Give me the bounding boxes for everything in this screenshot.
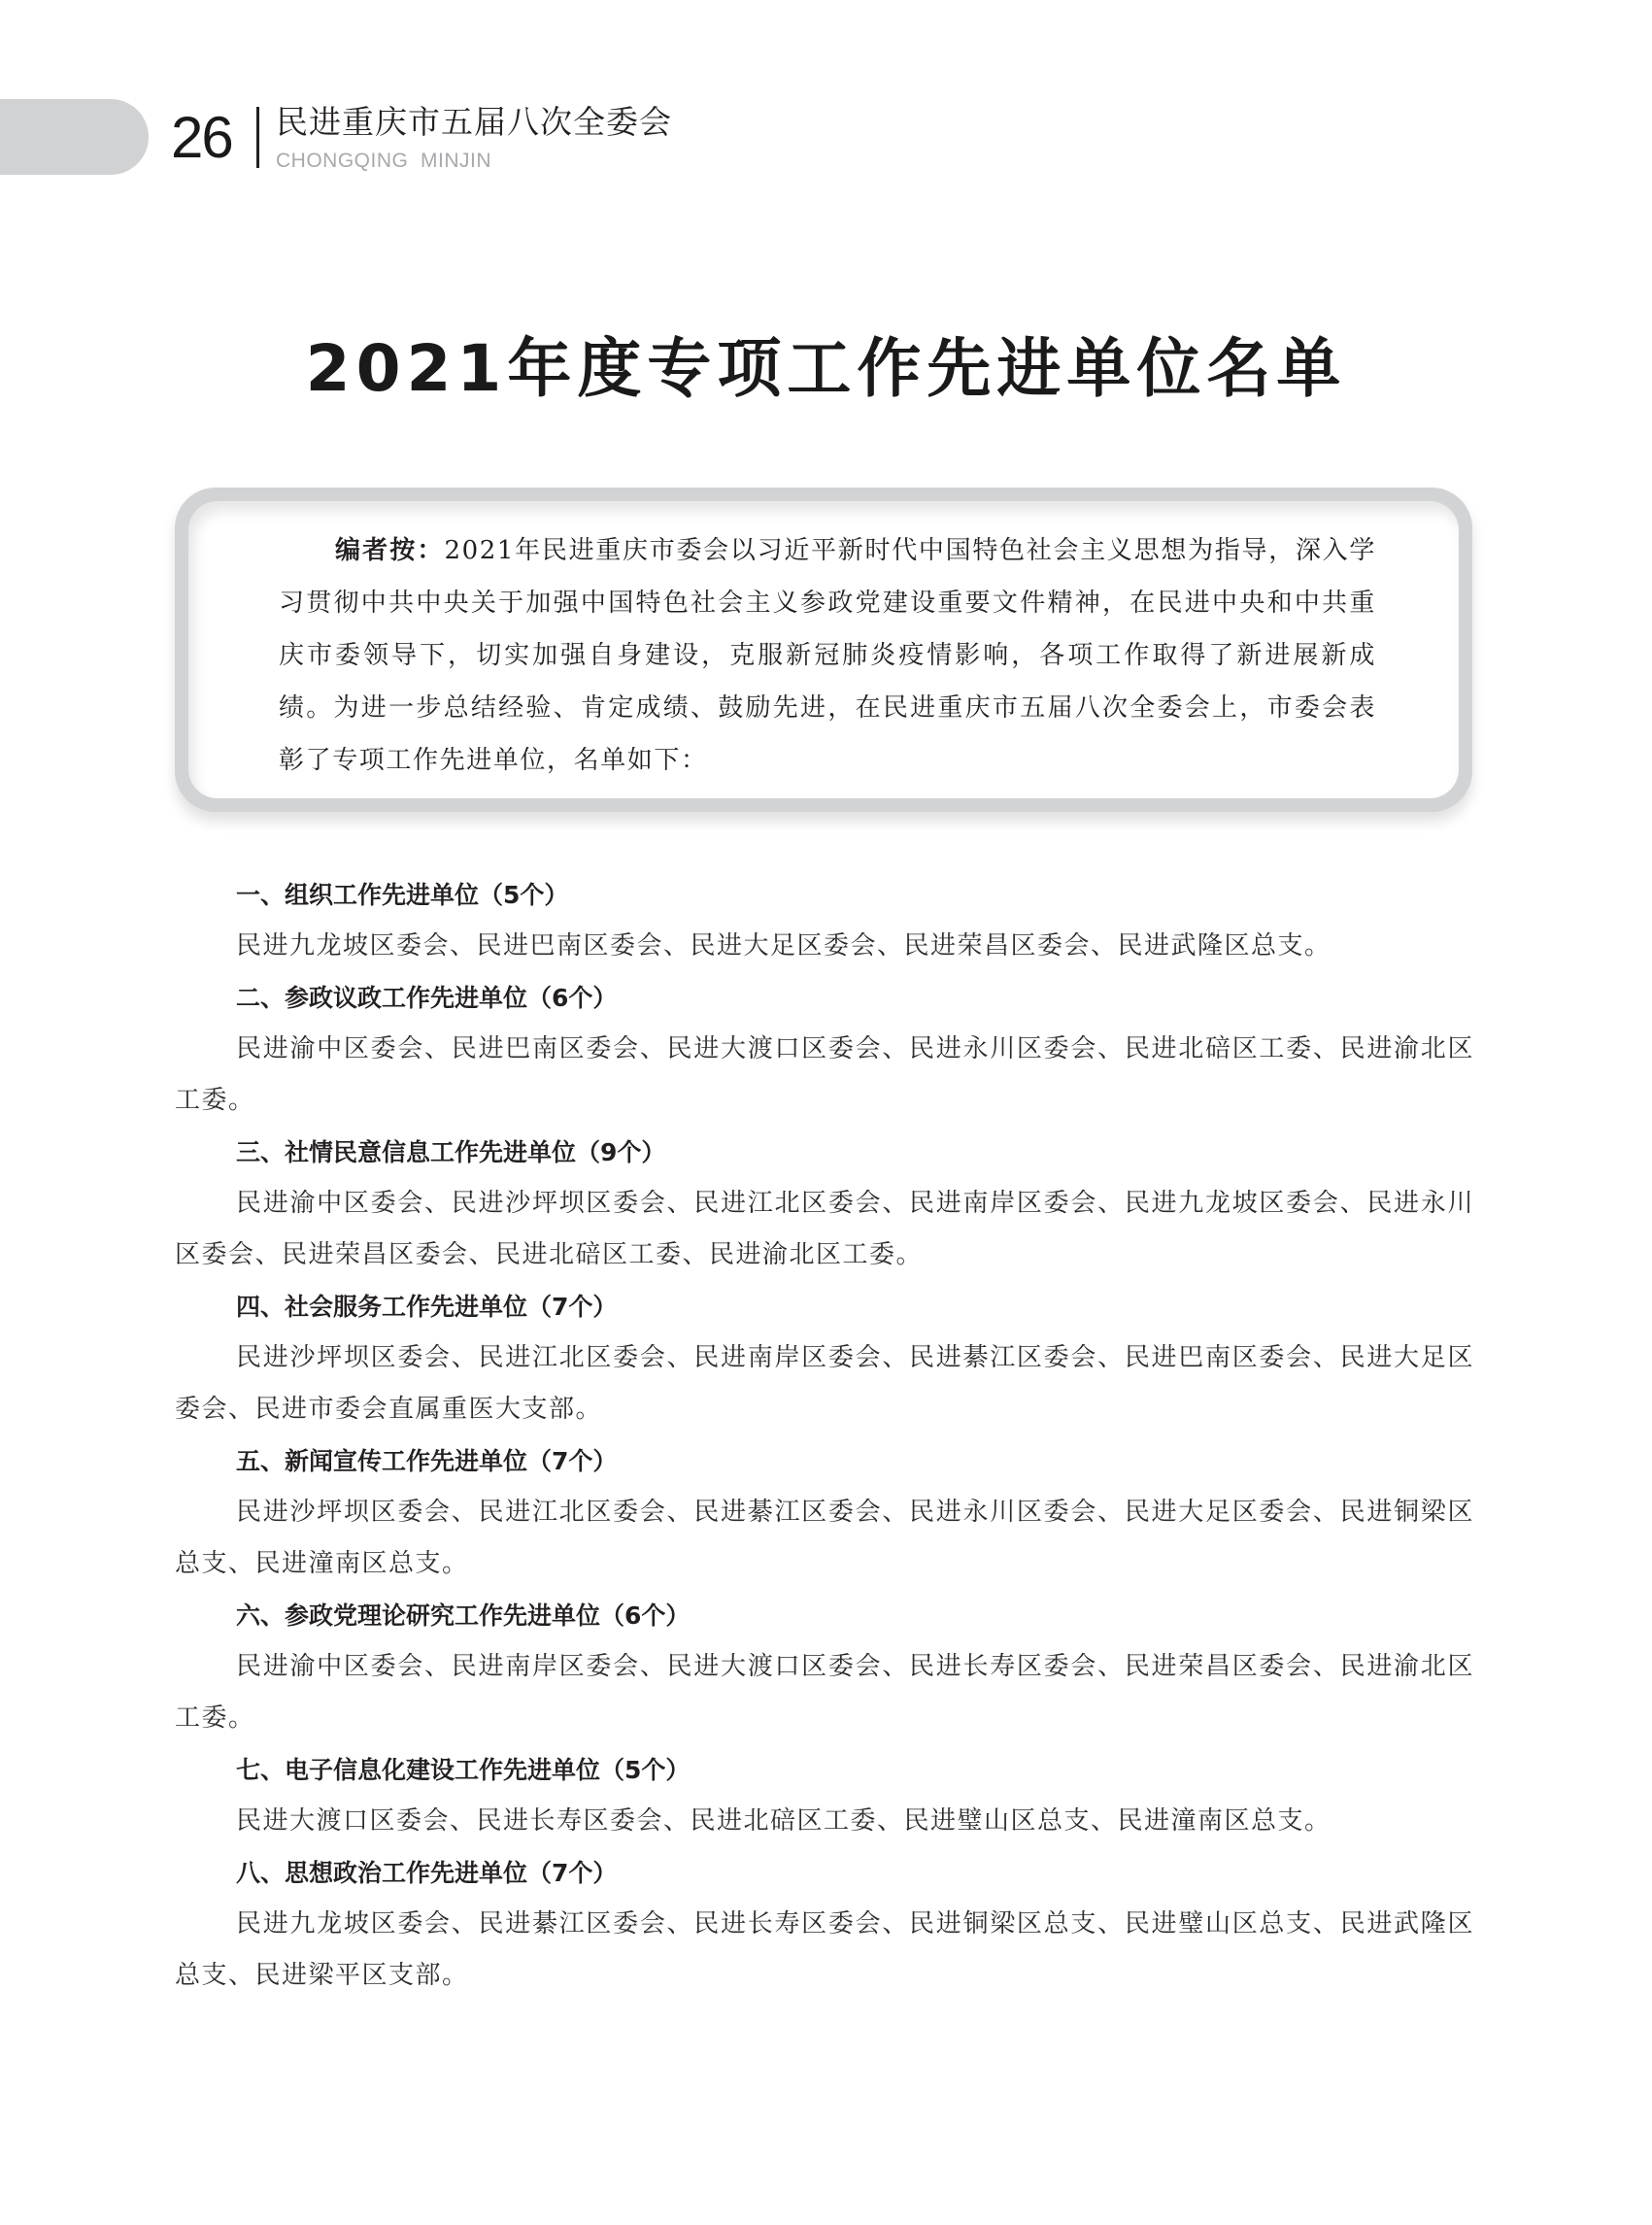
section-heading: 三、社情民意信息工作先进单位（9个） <box>175 1127 1474 1178</box>
section-5: 五、新闻宣传工作先进单位（7个） 民进沙坪坝区委会、民进江北区委会、民进綦江区委… <box>175 1435 1474 1590</box>
running-subtitle: CHONGQING MINJIN <box>276 150 491 173</box>
section-units: 民进九龙坡区委会、民进綦江区委会、民进长寿区委会、民进铜梁区总支、民进璧山区总支… <box>175 1899 1474 2002</box>
section-heading: 七、电子信息化建设工作先进单位（5个） <box>175 1744 1474 1796</box>
editor-note: 编者按：2021年民进重庆市委会以习近平新时代中国特色社会主义思想为指导，深入学… <box>279 524 1376 787</box>
page-tab-decoration <box>0 99 149 175</box>
section-heading: 六、参政党理论研究工作先进单位（6个） <box>175 1590 1474 1641</box>
page-number: 26 <box>171 109 232 167</box>
section-heading: 一、组织工作先进单位（5个） <box>175 869 1474 921</box>
section-3: 三、社情民意信息工作先进单位（9个） 民进渝中区委会、民进沙坪坝区委会、民进江北… <box>175 1127 1474 1281</box>
section-1: 一、组织工作先进单位（5个） 民进九龙坡区委会、民进巴南区委会、民进大足区委会、… <box>175 869 1474 972</box>
section-heading: 五、新闻宣传工作先进单位（7个） <box>175 1435 1474 1487</box>
section-8: 八、思想政治工作先进单位（7个） 民进九龙坡区委会、民进綦江区委会、民进长寿区委… <box>175 1847 1474 2002</box>
section-units: 民进九龙坡区委会、民进巴南区委会、民进大足区委会、民进荣昌区委会、民进武隆区总支… <box>175 921 1474 972</box>
section-units: 民进沙坪坝区委会、民进江北区委会、民进南岸区委会、民进綦江区委会、民进巴南区委会… <box>175 1332 1474 1435</box>
section-heading: 四、社会服务工作先进单位（7个） <box>175 1281 1474 1332</box>
section-units: 民进沙坪坝区委会、民进江北区委会、民进綦江区委会、民进永川区委会、民进大足区委会… <box>175 1487 1474 1590</box>
award-sections: 一、组织工作先进单位（5个） 民进九龙坡区委会、民进巴南区委会、民进大足区委会、… <box>175 869 1474 2002</box>
section-heading: 二、参政议政工作先进单位（6个） <box>175 972 1474 1024</box>
section-units: 民进渝中区委会、民进沙坪坝区委会、民进江北区委会、民进南岸区委会、民进九龙坡区委… <box>175 1178 1474 1281</box>
section-units: 民进渝中区委会、民进南岸区委会、民进大渡口区委会、民进长寿区委会、民进荣昌区委会… <box>175 1641 1474 1744</box>
section-units: 民进大渡口区委会、民进长寿区委会、民进北碚区工委、民进璧山区总支、民进潼南区总支… <box>175 1796 1474 1847</box>
editor-note-text: 2021年民进重庆市委会以习近平新时代中国特色社会主义思想为指导，深入学习贯彻中… <box>279 536 1376 775</box>
section-7: 七、电子信息化建设工作先进单位（5个） 民进大渡口区委会、民进长寿区委会、民进北… <box>175 1744 1474 1847</box>
section-6: 六、参政党理论研究工作先进单位（6个） 民进渝中区委会、民进南岸区委会、民进大渡… <box>175 1590 1474 1744</box>
running-title: 民进重庆市五届八次全委会 <box>276 103 672 142</box>
header-divider <box>256 107 259 168</box>
section-heading: 八、思想政治工作先进单位（7个） <box>175 1847 1474 1899</box>
section-units: 民进渝中区委会、民进巴南区委会、民进大渡口区委会、民进永川区委会、民进北碚区工委… <box>175 1024 1474 1127</box>
page-title: 2021年度专项工作先进单位名单 <box>0 328 1652 410</box>
section-4: 四、社会服务工作先进单位（7个） 民进沙坪坝区委会、民进江北区委会、民进南岸区委… <box>175 1281 1474 1435</box>
section-2: 二、参政议政工作先进单位（6个） 民进渝中区委会、民进巴南区委会、民进大渡口区委… <box>175 972 1474 1127</box>
editor-note-label: 编者按： <box>335 536 444 565</box>
